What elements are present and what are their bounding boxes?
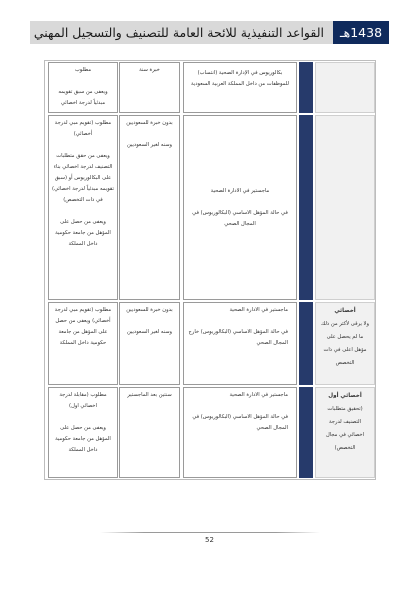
- assessment-cell: مطلوب (تقويم مبي لدرجة أخصائي) ويعفى من …: [48, 302, 118, 385]
- level-note: التصنيف لدرجة: [319, 416, 371, 429]
- experience-text: وسنه لغير السعوديين: [123, 140, 176, 151]
- document-title: القواعد التنفيذية للائحة العامة للتصنيف …: [30, 21, 333, 44]
- qualification-text: ماجستير في الادارة الصحية: [187, 390, 288, 401]
- experience-cell: بدون خبرة للسعوديين وسنه لغير السعوديين: [119, 115, 180, 300]
- level-cell: أخصائي ولا يرقى لأكثر من ذلك ما لم يحصل …: [315, 302, 375, 385]
- row-accent-strip: [299, 115, 313, 300]
- qualification-text: ماجستير في الادارة الصحية: [187, 186, 293, 197]
- level-note: ما لم يحصل على: [319, 331, 371, 344]
- row-accent-strip: [299, 302, 313, 385]
- assessment-text: ويعفى من حصل على المؤهل من جامعة حكومية …: [52, 217, 114, 250]
- page-number: 52: [0, 536, 419, 544]
- assessment-text: مطلوب: [52, 65, 114, 76]
- level-note: (تحقيق متطلبات: [319, 403, 371, 416]
- assessment-cell: مطلوب ويعفى من سبق تقويمه مبدئياً لدرجة …: [48, 62, 118, 113]
- table-row: مطلوب (تقويم مبي لدرجة أخصائي) ويعفى من …: [45, 114, 375, 301]
- level-title: أخصائي: [319, 305, 371, 318]
- experience-text: سنتين بعد الماجستير: [123, 390, 176, 401]
- table-row: مطلوب ويعفى من سبق تقويمه مبدئياً لدرجة …: [45, 61, 375, 114]
- level-note: مؤهل اعلى في ذات: [319, 344, 371, 357]
- row-accent-strip: [299, 387, 313, 478]
- assessment-text: ويعفى من حصل على المؤهل من جامعة حكومية …: [52, 423, 114, 456]
- level-note: اخصائي في مجال: [319, 429, 371, 442]
- assessment-cell: مطلوب (مقابلة لدرجة اخصائي اول) ويعفى من…: [48, 387, 118, 478]
- qualification-cell: ماجستير في الادارة الصحية في حالة المؤهل…: [183, 387, 297, 478]
- qualification-text: في حالة المؤهل الاساسي (البكالوريوس) خار…: [187, 327, 288, 349]
- assessment-text: ويعفى من سبق تقويمه مبدئياً لدرجة اخصائي: [52, 87, 114, 109]
- qualification-text: ماجستير في الادارة الصحية: [187, 305, 288, 316]
- qualification-cell: بكالوريوس في الإدارة الصحية (انتساب) للم…: [183, 62, 297, 113]
- row-accent-strip: [299, 62, 313, 113]
- experience-cell: خبرة سنة: [119, 62, 180, 113]
- level-note: ولا يرقى لأكثر من ذلك: [319, 318, 371, 331]
- experience-text: بدون خبرة للسعوديين: [123, 118, 176, 129]
- experience-text: بدون خبرة للسعوديين: [123, 305, 176, 316]
- level-note: التخصص: [319, 357, 371, 370]
- page-header: القواعد التنفيذية للائحة العامة للتصنيف …: [30, 21, 389, 44]
- qualification-text: بكالوريوس في الإدارة الصحية (انتساب) للم…: [187, 68, 293, 90]
- qualification-cell: ماجستير في الادارة الصحية في حالة المؤهل…: [183, 115, 297, 300]
- experience-cell: بدون خبرة للسعوديين وسنه لغير السعوديين: [119, 302, 180, 385]
- hijri-year-badge: 1438هـ: [333, 21, 389, 44]
- experience-cell: سنتين بعد الماجستير: [119, 387, 180, 478]
- experience-text: خبرة سنة: [123, 65, 176, 76]
- qualification-cell: ماجستير في الادارة الصحية في حالة المؤهل…: [183, 302, 297, 385]
- level-cell: أخصائي أول (تحقيق متطلبات التصنيف لدرجة …: [315, 387, 375, 478]
- level-cell: [315, 115, 375, 300]
- assessment-text: مطلوب (تقويم مبي لدرجة أخصائي): [52, 118, 114, 140]
- level-note: التخصص): [319, 442, 371, 455]
- assessment-text: مطلوب (مقابلة لدرجة اخصائي اول): [52, 390, 114, 412]
- assessment-text: مطلوب (تقويم مبي لدرجة أخصائي) ويعفى من …: [52, 305, 114, 349]
- assessment-text: ويعفى من حقق متطلبات التصنيف لدرجة اخصائ…: [52, 151, 114, 206]
- table-row: مطلوب (مقابلة لدرجة اخصائي اول) ويعفى من…: [45, 386, 375, 479]
- experience-text: وسنه لغير السعوديين: [123, 327, 176, 338]
- level-title: أخصائي أول: [319, 390, 371, 403]
- table-row: مطلوب (تقويم مبي لدرجة أخصائي) ويعفى من …: [45, 301, 375, 386]
- assessment-cell: مطلوب (تقويم مبي لدرجة أخصائي) ويعفى من …: [48, 115, 118, 300]
- classification-table: مطلوب ويعفى من سبق تقويمه مبدئياً لدرجة …: [44, 60, 376, 480]
- qualification-text: في حالة المؤهل الاساسي (البكالوريوس) في …: [187, 412, 288, 434]
- qualification-text: في حالة المؤهل الاساسي (البكالوريوس) في …: [187, 208, 293, 230]
- footer-divider: [100, 532, 320, 533]
- level-cell: [315, 62, 375, 113]
